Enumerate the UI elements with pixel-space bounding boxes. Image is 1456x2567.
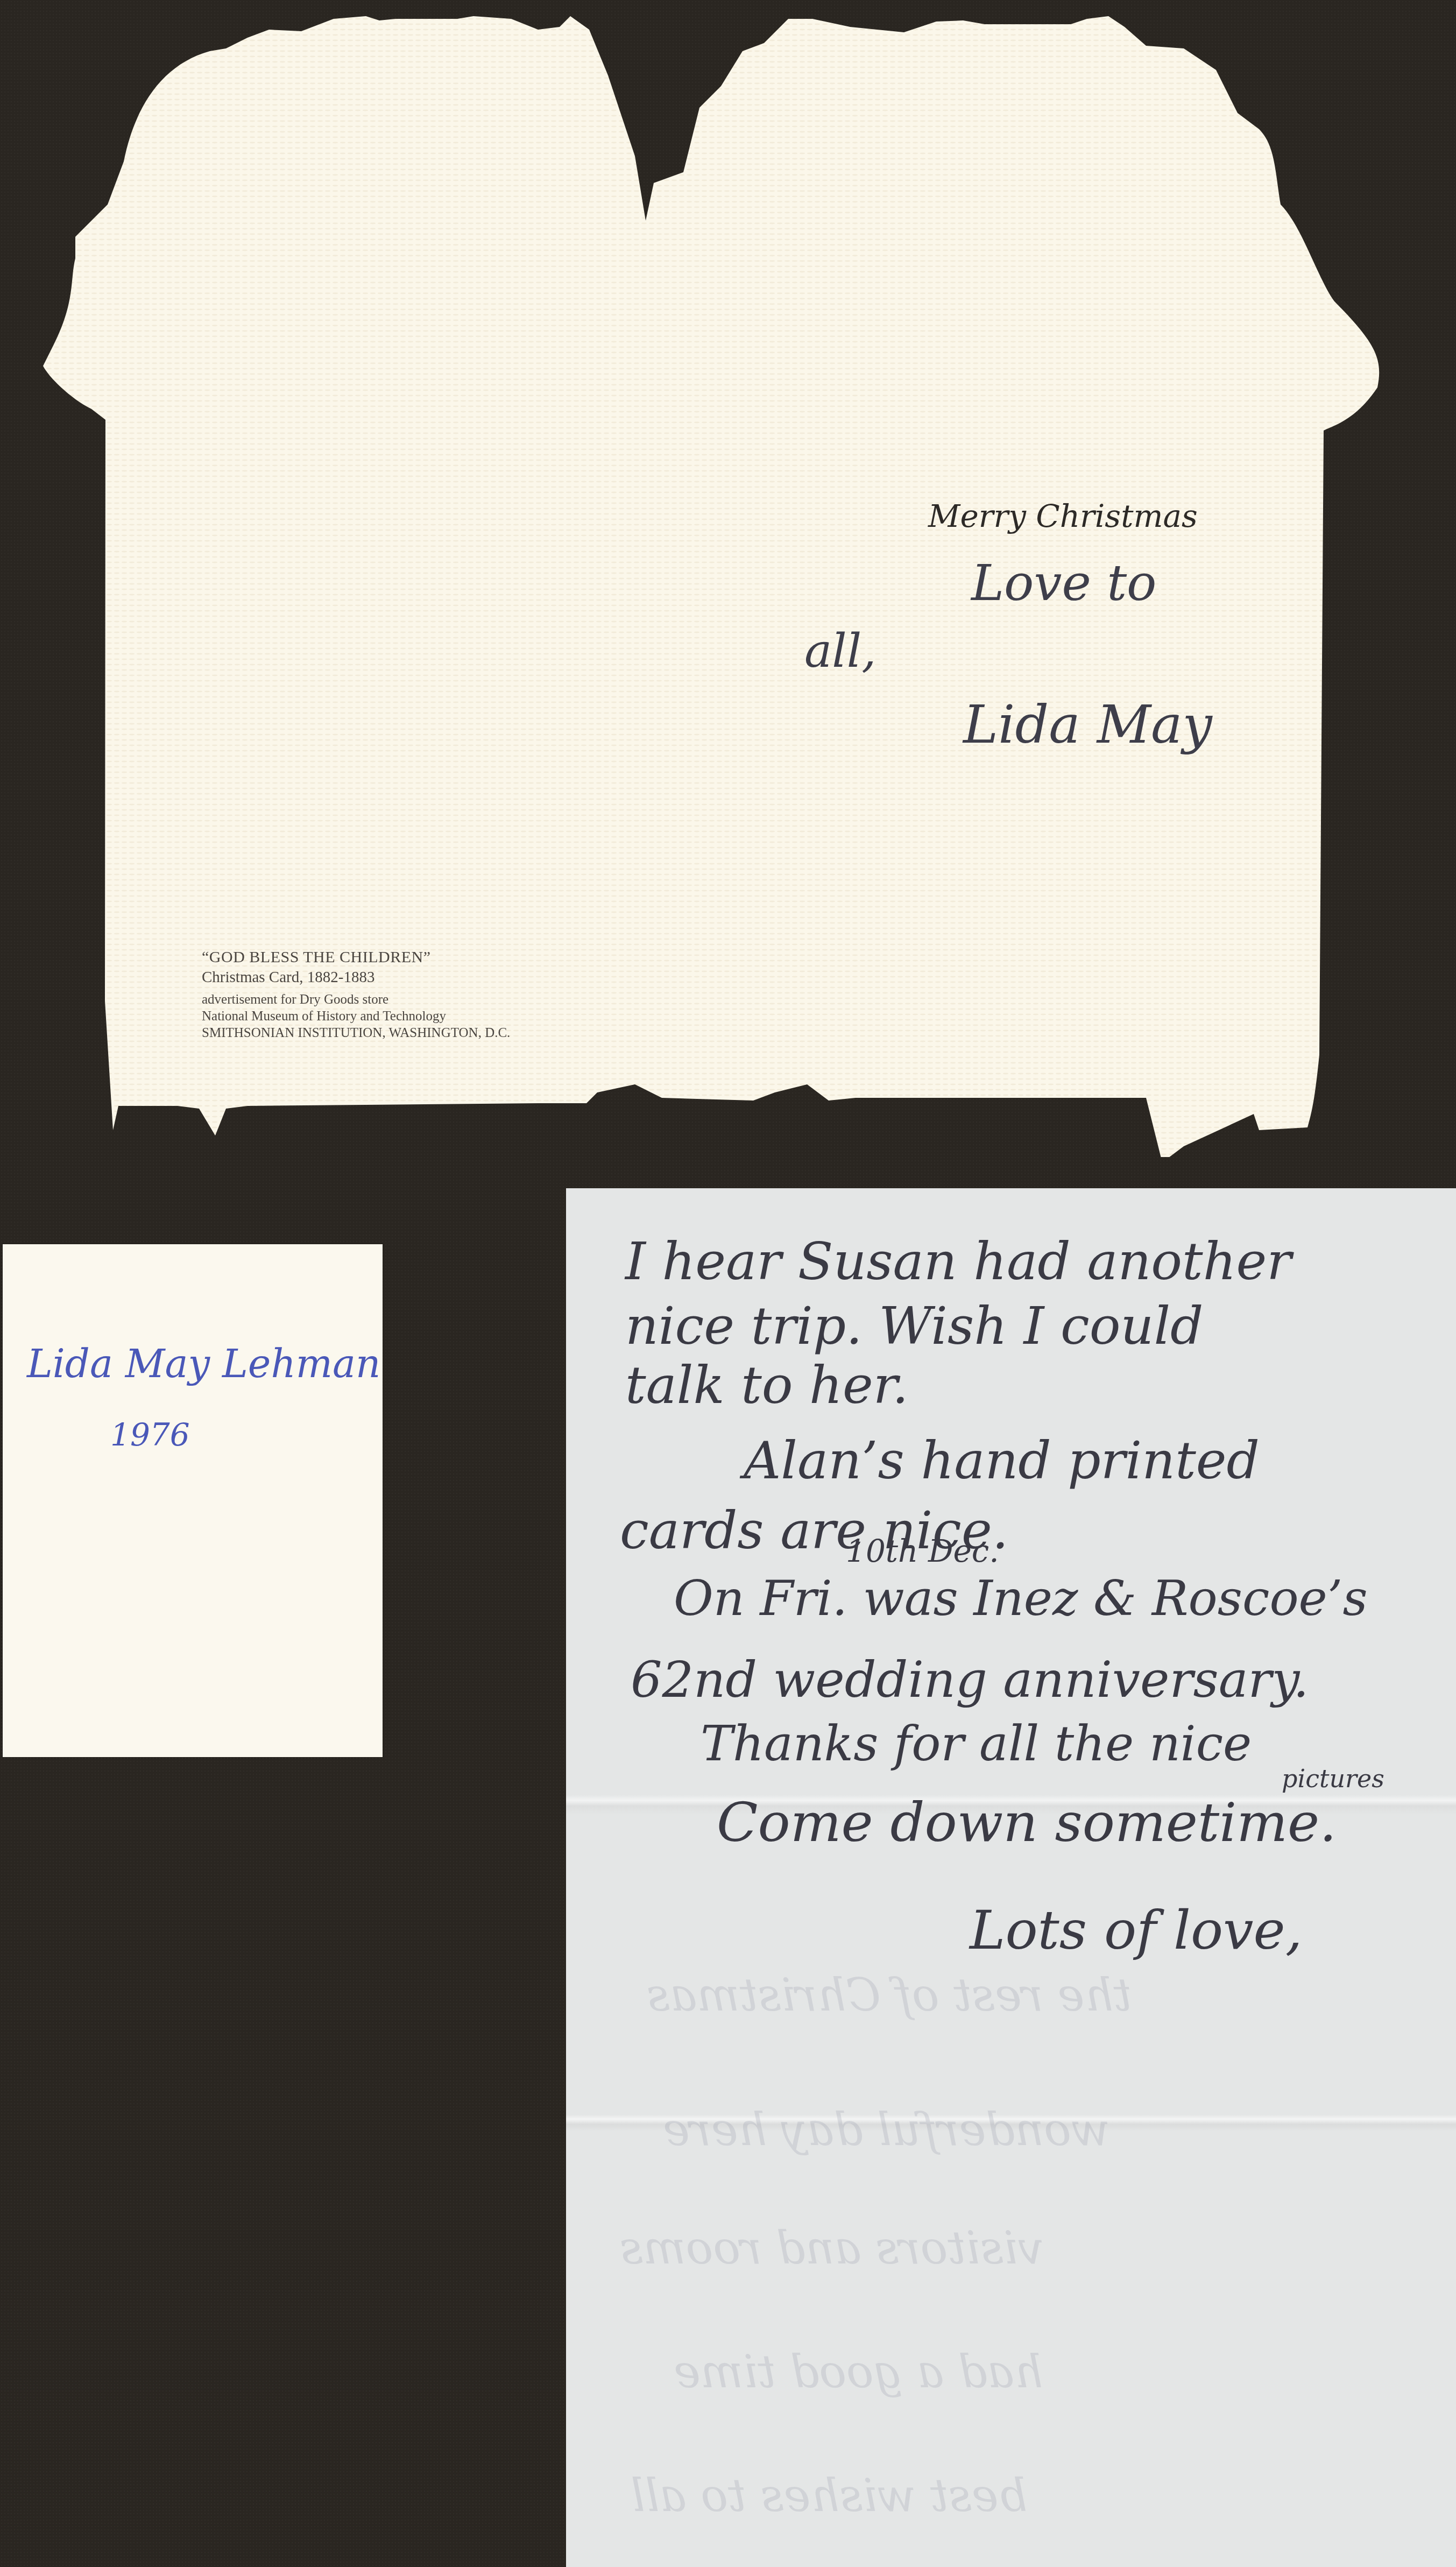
handwritten-all: all, (804, 624, 877, 678)
museum-caption: “GOD BLESS THE CHILDREN” Christmas Card,… (202, 947, 510, 1042)
letter-insertion-pictures: pictures (1282, 1764, 1384, 1793)
letter-line-1: I hear Susan had another (625, 1231, 1291, 1292)
signature-card: Lida May Lehman 1976 (3, 1244, 383, 1757)
signature-year: 1976 (110, 1416, 190, 1453)
signature-name: Lida May Lehman (27, 1341, 380, 1386)
caption-title: “GOD BLESS THE CHILDREN” (202, 947, 510, 968)
letter-line-6: On Fri. was Inez & Roscoe’s (674, 1570, 1368, 1627)
caption-subtitle: Christmas Card, 1882-1883 (202, 968, 510, 987)
letter-insertion-date: 10th Dec. (846, 1533, 999, 1569)
handwritten-signature-lida-may: Lida May (963, 694, 1212, 756)
letter-line-8: Thanks for all the nice (701, 1716, 1252, 1772)
letter-line-9: Come down sometime. (717, 1791, 1337, 1854)
letter-line-2: nice trip. Wish I could (625, 1296, 1204, 1356)
letter-closing: Lots of love, (970, 1899, 1303, 1962)
caption-advertisement: advertisement for Dry Goods store (202, 991, 510, 1008)
caption-museum: National Museum of History and Technolog… (202, 1008, 510, 1025)
merry-christmas-greeting: Merry Christmas (928, 498, 1198, 534)
handwritten-letter: the rest of Christmas wonderful day here… (566, 1188, 1456, 2567)
handwritten-love-to: Love to (971, 554, 1157, 612)
letter-line-7: 62nd wedding anniversary. (631, 1651, 1309, 1709)
letter-line-3: talk to her. (625, 1355, 909, 1415)
letter-line-4: Alan’s hand printed (744, 1430, 1260, 1491)
caption-institution: SMITHSONIAN INSTITUTION, WASHINGTON, D.C… (202, 1025, 510, 1041)
